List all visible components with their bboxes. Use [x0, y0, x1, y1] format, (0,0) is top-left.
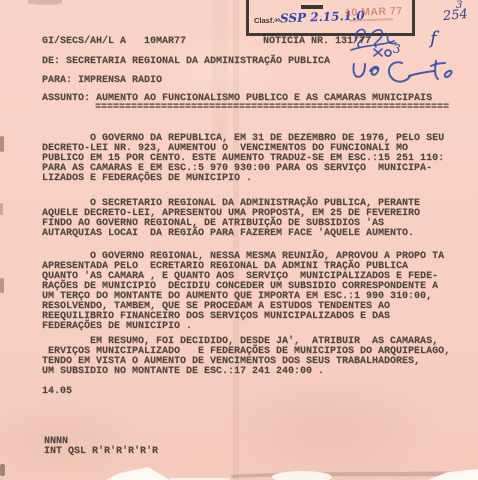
date-stamp: 10 MAR 77 [345, 5, 403, 19]
edge-mark [0, 278, 4, 293]
signature-handwriting [346, 54, 454, 88]
to-line: PARA: IMPRENSA RADIO [42, 76, 162, 86]
clasf-label: Clasf.ᵃᵒ [254, 16, 280, 25]
header-ref: GI/SECS/AH/L A [42, 37, 126, 47]
telex-footer: NNNN INT QSL R'R'R'R'R'R [44, 437, 158, 457]
stamp-dash [301, 5, 323, 9]
time-note: 14.05 [42, 387, 72, 397]
edge-mark [0, 136, 4, 152]
letter-f-note: f [430, 28, 437, 49]
header-noticia-number: NOTICIA NR. 131/77 [263, 37, 371, 47]
edge-mark [0, 203, 3, 215]
body-paragraph-3: O GOVERNO REGIONAL, NESSA MESMA REUNIÃO,… [42, 252, 444, 332]
torn-bottom-edge [0, 460, 478, 480]
fold-line [233, 0, 239, 480]
document-page: Clasf.ᵃᵒ SSP 2.15.1.0 10 MAR 77 3 254 f … [0, 0, 478, 480]
subject-underline: ========================================… [95, 103, 449, 113]
header-date: 10MAR77 [144, 37, 186, 47]
from-line: DE: SECRETARIA REGIONAL DA ADMINISTRAÇÃO… [42, 57, 330, 67]
body-paragraph-4: EM RESUMO, FOI DECIDIDO, DESDE JA', ATRI… [42, 337, 450, 377]
body-paragraph-2: O SECRETARIO REGIONAL DA ADMINISTRAÇÃO P… [42, 199, 420, 239]
page-number-note: 254 [442, 7, 468, 24]
body-paragraph-1: O GOVERNO DA REPUBLICA, EM 31 DE DEZEMBR… [42, 134, 444, 184]
fold-shadow [212, 0, 228, 140]
date-stamp-underline [349, 18, 393, 22]
scan-smudge [28, 0, 62, 5]
